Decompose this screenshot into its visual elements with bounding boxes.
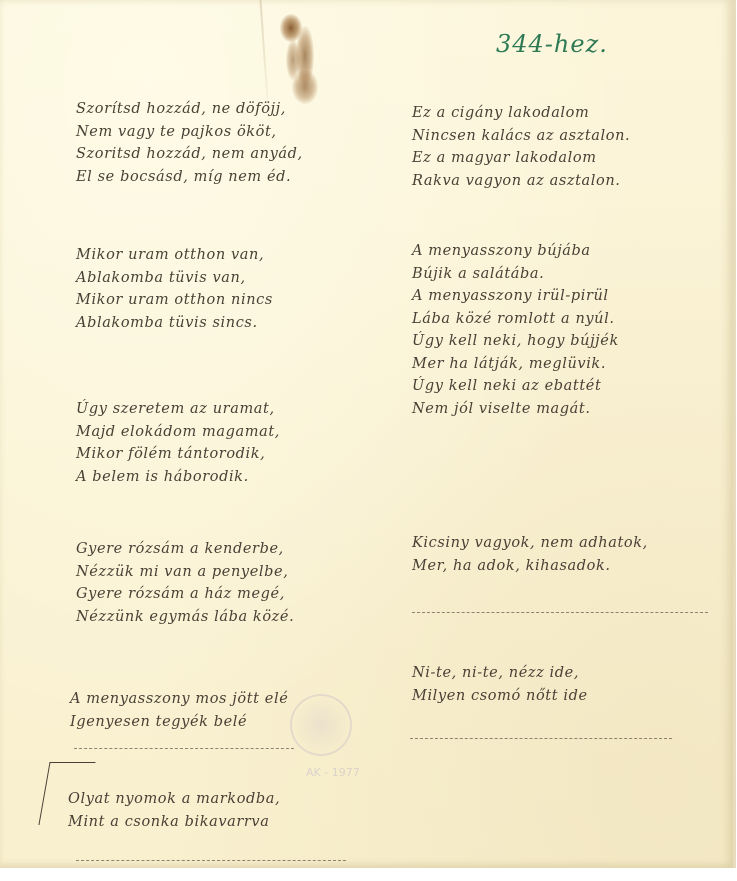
verse-line: Lába közé romlott a nyúl.	[412, 308, 619, 331]
stanza: Mikor uram otthon van, Ablakomba tüvis v…	[76, 244, 273, 334]
verse-line: Ez a magyar lakodalom	[412, 147, 630, 170]
verse-line: Igenyesen tegyék belé	[70, 711, 288, 734]
verse-line: Mer ha látják, meglüvik.	[412, 353, 619, 376]
verse-line: Mikor uram otthon nincs	[76, 289, 273, 312]
dashed-separator	[76, 860, 346, 861]
verse-line: Gyere rózsám a kenderbe,	[76, 538, 294, 561]
dashed-separator	[410, 738, 672, 739]
verse-line: Kicsiny vagyok, nem adhatok,	[412, 532, 648, 555]
stanza: Ni-te, ni-te, nézz ide, Milyen csomó nőt…	[412, 662, 588, 707]
archive-reference-number: 344-hez.	[496, 30, 608, 58]
faded-archive-stamp	[290, 694, 352, 756]
stanza: Gyere rózsám a kenderbe, Nézzük mi van a…	[76, 538, 294, 628]
verse-line: A menyasszony mos jött elé	[70, 688, 288, 711]
dashed-separator	[74, 748, 294, 749]
verse-line: Ez a cigány lakodalom	[412, 102, 630, 125]
stanza: A menyasszony mos jött elé Igenyesen teg…	[70, 688, 288, 733]
stanza: Ez a cigány lakodalom Nincsen kalács az …	[412, 102, 630, 192]
stanza: Olyat nyomok a markodba, Mint a csonka b…	[68, 788, 280, 833]
verse-line: El se bocsásd, míg nem éd.	[76, 166, 303, 189]
verse-line: Ni-te, ni-te, nézz ide,	[412, 662, 588, 685]
stanza: Szorítsd hozzád, ne döföjj, Nem vagy te …	[76, 98, 303, 188]
verse-line: Szorítsd hozzád, ne döföjj,	[76, 98, 303, 121]
verse-line: Nézzünk egymás lába közé.	[76, 606, 294, 629]
verse-line: Nem jól viselte magát.	[412, 398, 619, 421]
verse-line: Mikor fölém tántorodik,	[76, 443, 280, 466]
verse-line: Nem vagy te pajkos ököt,	[76, 121, 303, 144]
verse-line: Nézzük mi van a penyelbe,	[76, 561, 294, 584]
verse-line: Majd elokádom magamat,	[76, 421, 280, 444]
verse-line: A menyasszony bújába	[412, 240, 619, 263]
stanza: Úgy szeretem az uramat, Majd elokádom ma…	[76, 398, 280, 488]
verse-line: Rakva vagyon az asztalon.	[412, 170, 630, 193]
manuscript-page: 344-hez. AK - 1977 Szorítsd hozzád, ne d…	[0, 0, 736, 868]
verse-line: Úgy kell neki, hogy bújjék	[412, 330, 619, 353]
verse-line: Bújik a salátába.	[412, 263, 619, 286]
faded-stamp-text: AK - 1977	[306, 766, 360, 779]
verse-line: A belem is háborodik.	[76, 466, 280, 489]
stanza: A menyasszony bújába Bújik a salátába. A…	[412, 240, 619, 420]
dashed-separator	[412, 612, 708, 613]
verse-line: Úgy szeretem az uramat,	[76, 398, 280, 421]
verse-line: Mer, ha adok, kihasadok.	[412, 555, 648, 578]
stanza: Kicsiny vagyok, nem adhatok, Mer, ha ado…	[412, 532, 648, 577]
verse-line: Nincsen kalács az asztalon.	[412, 125, 630, 148]
verse-line: Ablakomba tüvis van,	[76, 267, 273, 290]
verse-line: Mint a csonka bikavarrva	[68, 811, 280, 834]
verse-line: Milyen csomó nőtt ide	[412, 685, 588, 708]
verse-line: Ablakomba tüvis sincs.	[76, 312, 273, 335]
verse-line: Szoritsd hozzád, nem anyád,	[76, 143, 303, 166]
verse-line: Mikor uram otthon van,	[76, 244, 273, 267]
verse-line: Úgy kell neki az ebattét	[412, 375, 619, 398]
verse-line: Olyat nyomok a markodba,	[68, 788, 280, 811]
verse-line: Gyere rózsám a ház megé,	[76, 583, 294, 606]
verse-line: A menyasszony irül-pirül	[412, 285, 619, 308]
